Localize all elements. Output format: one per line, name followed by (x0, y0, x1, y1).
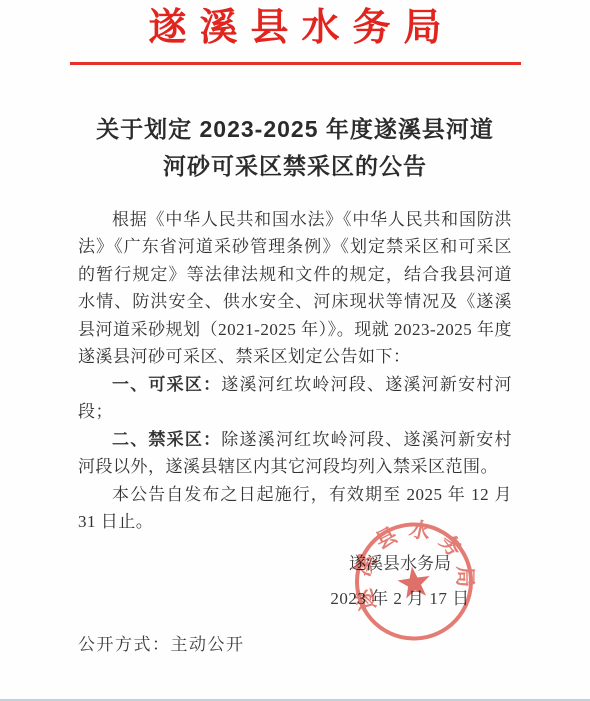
body-paragraph: 二、禁采区：除遂溪河红坎岭河段、遂溪河新安村河段以外，遂溪县辖区内其它河段均列入… (78, 426, 512, 481)
document-title: 关于划定 2023-2025 年度遂溪县河道 河砂可采区禁采区的公告 (0, 111, 590, 185)
body-paragraph: 一、可采区：遂溪河红坎岭河段、遂溪河新安村河段； (78, 371, 512, 426)
svg-text:遂溪县水务局: 遂溪县水务局 (349, 516, 479, 614)
body-paragraph: 根据《中华人民共和国水法》《中华人民共和国防洪法》《广东省河道采砂管理条例》《划… (78, 206, 512, 371)
paragraph-text: 根据《中华人民共和国水法》《中华人民共和国防洪法》《广东省河道采砂管理条例》《划… (78, 210, 512, 367)
official-seal: 遂溪县水务局 (349, 516, 479, 647)
agency-letterhead: 遂溪县水务局 (0, 0, 590, 51)
seal-ring-text: 遂溪县水务局 (349, 516, 479, 614)
seal-star-icon (396, 564, 432, 599)
disclosure-method: 公开方式：主动公开 (78, 630, 245, 655)
document-body: 根据《中华人民共和国水法》《中华人民共和国防洪法》《广东省河道采砂管理条例》《划… (78, 206, 512, 536)
letterhead-divider (70, 62, 521, 65)
document-title-line1: 关于划定 2023-2025 年度遂溪县河道 (0, 111, 590, 148)
paragraph-lead: 二、禁采区： (112, 430, 221, 449)
document-title-line2: 河砂可采区禁采区的公告 (0, 148, 590, 185)
paragraph-lead: 一、可采区： (112, 375, 221, 394)
document-page: 遂溪县水务局 关于划定 2023-2025 年度遂溪县河道 河砂可采区禁采区的公… (0, 0, 590, 701)
